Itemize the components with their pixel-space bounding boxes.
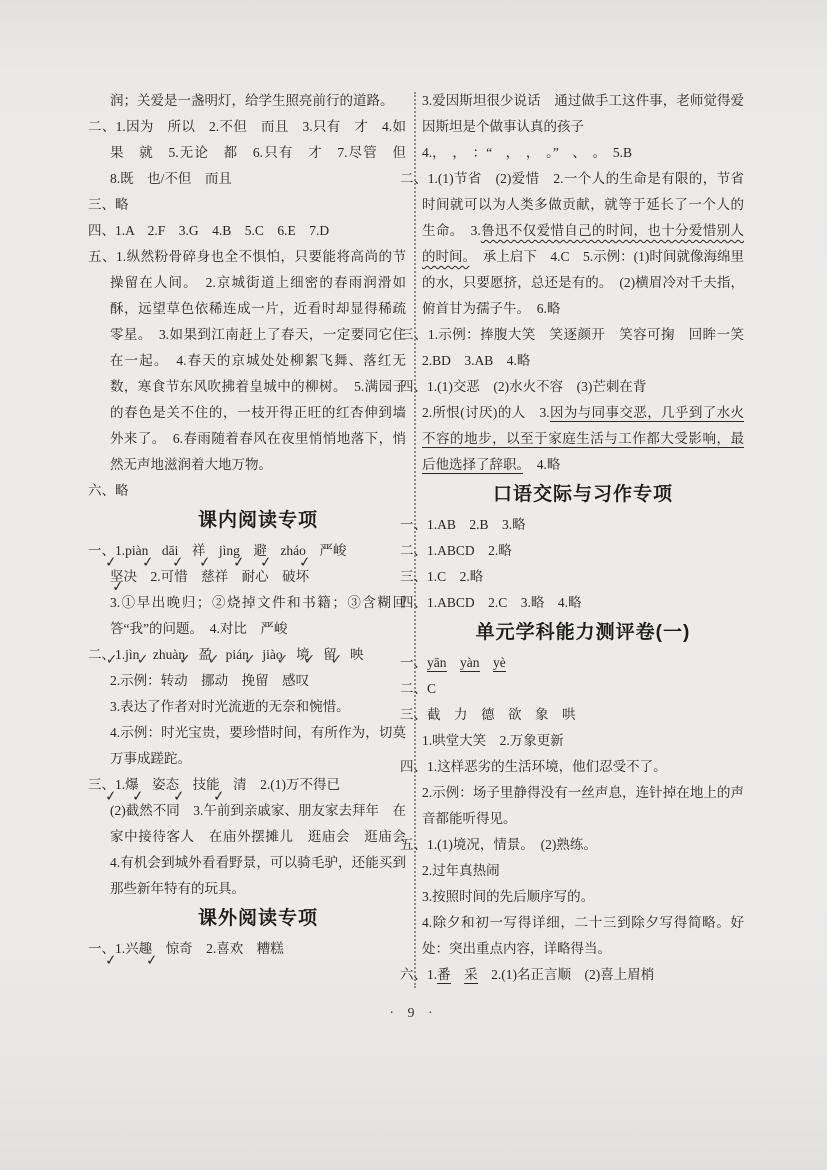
- answer-text: 六、略: [88, 483, 129, 498]
- answer-line: 一、yān yàn yè: [422, 650, 744, 676]
- answer-line: 三、略: [110, 192, 406, 218]
- check-marked-answer: 清: [233, 777, 247, 792]
- answer-line: 六、略: [110, 478, 406, 504]
- answer-text: 承上启下 4.C 5.示例：(1)时间就像海绵里的水，只要愿挤，总还是有的。 (…: [422, 249, 744, 316]
- page-number: · 9 ·: [0, 1006, 827, 1022]
- answer-text: 4.， ， ：“ ， ， 。” 、 。 5.B: [422, 145, 632, 160]
- answer-text: 二、1.因为 所以 2.不但 而且 3.只有 才 4.如果 就 5.无论 都 6…: [88, 119, 420, 186]
- answer-line: 润；关爱是一盏明灯，给学生照亮前行的道路。: [110, 88, 406, 114]
- section-heading: 单元学科能力测评卷(一): [422, 616, 744, 650]
- answer-text: 3.按照时间的先后顺序写的。: [422, 889, 594, 904]
- answer-text: 五、1.纵然粉骨碎身也全不惧怕，只要能将高尚的节操留在人间。 2.京城街道上细密…: [88, 249, 406, 472]
- answer-text: 三、1.C 2.略: [400, 569, 483, 584]
- answer-text: 4.略: [523, 457, 560, 472]
- answer-line: 五、1.纵然粉骨碎身也全不惧怕，只要能将高尚的节操留在人间。 2.京城街道上细密…: [110, 244, 406, 478]
- answer-line: 4.示例：时光宝贵，要珍惜时间，有所作为，切莫万事成蹉跎。: [110, 720, 406, 772]
- check-marked-answer: 严峻: [319, 543, 346, 558]
- left-column: 润；关爱是一盏明灯，给学生照亮前行的道路。二、1.因为 所以 2.不但 而且 3…: [110, 88, 406, 988]
- answer-line: 六、1.番 采 2.(1)名正言顺 (2)喜上眉梢: [422, 962, 744, 988]
- tick-marked-answer: 映: [350, 647, 364, 662]
- answer-text: 二、1.ABCD 2.略: [400, 543, 512, 558]
- answer-text: 2.(1)万不得已: [247, 777, 340, 792]
- right-column: 3.爱因斯坦很少说话 通过做手工这件事，老师觉得爱因斯坦是个做事认真的孩子4.，…: [422, 88, 744, 988]
- answer-text: 4.示例：时光宝贵，要珍惜时间，有所作为，切莫万事成蹉跎。: [110, 725, 406, 766]
- answer-line: 3.按照时间的先后顺序写的。: [422, 884, 744, 910]
- answer-text: 润；关爱是一盏明灯，给学生照亮前行的道路。: [110, 93, 394, 108]
- answer-line: 1.哄堂大笑 2.万象更新: [422, 728, 744, 754]
- answer-text: 口语交际与习作专项: [493, 484, 673, 505]
- underlined-answer: yān: [427, 655, 447, 672]
- answer-line: 3.①早出晚归；②烧掉文件和书籍；③含糊回答“我”的问题。 4.对比 严峻: [110, 590, 406, 642]
- answer-line: 2.所恨(讨厌)的人 3.因为与同事交恶，几乎到了水火不容的地步，以至于家庭生活…: [422, 400, 744, 478]
- answer-text: 3.爱因斯坦很少说话 通过做手工这件事，老师觉得爱因斯坦是个做事认真的孩子: [422, 93, 744, 134]
- answer-text: 2.过年真热闹: [422, 863, 500, 878]
- answer-line: 四、1.ABCD 2.C 3.略 4.略: [422, 590, 744, 616]
- answer-line: 3.爱因斯坦很少说话 通过做手工这件事，老师觉得爱因斯坦是个做事认真的孩子: [422, 88, 744, 140]
- answer-line: 二、1.(1)节省 (2)爱惜 2.一个人的生命是有限的，节省时间就可以为人类多…: [422, 166, 744, 322]
- answer-line: 四、1.这样恶劣的生活环境，他们忍受不了。: [422, 754, 744, 780]
- underlined-answer: yè: [493, 655, 506, 672]
- answer-line: 2.示例：场子里静得没有一丝声息，连针掉在地上的声音都能听得见。: [422, 780, 744, 832]
- answer-text: 五、1.(1)境况，情景。 (2)熟练。: [400, 837, 597, 852]
- section-heading: 口语交际与习作专项: [422, 478, 744, 512]
- answer-text: [480, 655, 494, 670]
- answer-line: 一、1.piàn dāi 祥 jìng 避 zháo 严峻: [110, 538, 406, 564]
- answer-line: 四、1.(1)交恶 (2)水火不容 (3)芒刺在背: [422, 374, 744, 400]
- answer-text: 四、1.这样恶劣的生活环境，他们忍受不了。: [400, 759, 667, 774]
- answer-key-page: 润；关爱是一盏明灯，给学生照亮前行的道路。二、1.因为 所以 2.不但 而且 3…: [0, 0, 827, 1170]
- answer-line: 三、1.示例：捧腹大笑 笑逐颜开 笑容可掬 回眸一笑 2.BD 3.AB 4.略: [422, 322, 744, 374]
- answer-text: 2.示例：场子里静得没有一丝声息，连针掉在地上的声音都能听得见。: [422, 785, 744, 826]
- answer-text: 4.除夕和初一写得详细，二十三到除夕写得简略。好处：突出重点内容，详略得当。: [422, 915, 744, 956]
- answer-text: 三、截 力 德 欲 象 哄: [400, 707, 576, 722]
- answer-text: 三、略: [88, 197, 129, 212]
- answer-line: 一、1.兴趣 惊奇 2.喜欢 糟糕: [110, 936, 406, 962]
- answer-text: 课内阅读专项: [198, 510, 318, 531]
- answer-text: 课外阅读专项: [198, 908, 318, 929]
- answer-line: 三、截 力 德 欲 象 哄: [422, 702, 744, 728]
- answer-text: 一、: [400, 655, 427, 670]
- answer-text: 3.①早出晚归；②烧掉文件和书籍；③含糊回答“我”的问题。 4.对比 严峻: [110, 595, 406, 636]
- answer-line: 3.表达了作者对时光流逝的无奈和惋惜。: [110, 694, 406, 720]
- answer-line: 三、1.爆 姿态 技能 清 2.(1)万不得已: [110, 772, 406, 798]
- answer-line: 一、1.AB 2.B 3.略: [422, 512, 744, 538]
- answer-text: 1.哄堂大笑 2.万象更新: [422, 733, 564, 748]
- check-marked-answer: 坚决: [110, 569, 137, 584]
- answer-text: 四、1.A 2.F 3.G 4.B 5.C 6.E 7.D: [88, 223, 329, 238]
- answer-text: 四、1.ABCD 2.C 3.略 4.略: [400, 595, 582, 610]
- answer-text: 单元学科能力测评卷(一): [476, 622, 691, 643]
- underlined-answer: 采: [464, 967, 478, 984]
- answer-line: 二、1.jìn zhuàn 盈 pián jiào 境 留 映: [110, 642, 406, 668]
- answer-text: 2.可惜 慈祥 耐心 破坏: [137, 569, 309, 584]
- answer-text: [451, 967, 465, 982]
- underlined-answer: yàn: [460, 655, 480, 672]
- answer-text: 六、1.: [400, 967, 437, 982]
- answer-line: 五、1.(1)境况，情景。 (2)熟练。: [422, 832, 744, 858]
- answer-line: 4.除夕和初一写得详细，二十三到除夕写得简略。好处：突出重点内容，详略得当。: [422, 910, 744, 962]
- answer-line: 四、1.A 2.F 3.G 4.B 5.C 6.E 7.D: [110, 218, 406, 244]
- answer-text: 2.示例：转动 挪动 挽留 感叹: [110, 673, 309, 688]
- answer-line: 二、C: [422, 676, 744, 702]
- section-heading: 课内阅读专项: [110, 504, 406, 538]
- section-heading: 课外阅读专项: [110, 902, 406, 936]
- answer-text: 四、1.(1)交恶 (2)水火不容 (3)芒刺在背: [400, 379, 646, 394]
- answer-line: 2.过年真热闹: [422, 858, 744, 884]
- answer-text: 2.所恨(讨厌)的人 3.: [422, 405, 550, 420]
- answer-line: 三、1.C 2.略: [422, 564, 744, 590]
- answer-text: 3.表达了作者对时光流逝的无奈和惋惜。: [110, 699, 350, 714]
- check-marked-answer: 惊奇: [166, 941, 193, 956]
- answer-text: 三、1.示例：捧腹大笑 笑逐颜开 笑容可掬 回眸一笑 2.BD 3.AB 4.略: [400, 327, 758, 368]
- answer-text: [447, 655, 461, 670]
- answer-line: 4.， ， ：“ ， ， 。” 、 。 5.B: [422, 140, 744, 166]
- page-content: 润；关爱是一盏明灯，给学生照亮前行的道路。二、1.因为 所以 2.不但 而且 3…: [110, 88, 744, 988]
- answer-text: 一、1.AB 2.B 3.略: [400, 517, 526, 532]
- answer-text: (2)截然不同 3.午前到亲戚家、朋友家去拜年 在家中接待客人 在庙外摆摊儿 逛…: [110, 803, 420, 896]
- answer-line: 二、1.因为 所以 2.不但 而且 3.只有 才 4.如果 就 5.无论 都 6…: [110, 114, 406, 192]
- answer-text: 2.(1)名正言顺 (2)喜上眉梢: [478, 967, 655, 982]
- underlined-answer: 番: [437, 967, 451, 984]
- answer-line: 二、1.ABCD 2.略: [422, 538, 744, 564]
- answer-line: (2)截然不同 3.午前到亲戚家、朋友家去拜年 在家中接待客人 在庙外摆摊儿 逛…: [110, 798, 406, 902]
- answer-text: 二、C: [400, 681, 436, 696]
- answer-text: 2.喜欢 糟糕: [193, 941, 284, 956]
- answer-line: 2.示例：转动 挪动 挽留 感叹: [110, 668, 406, 694]
